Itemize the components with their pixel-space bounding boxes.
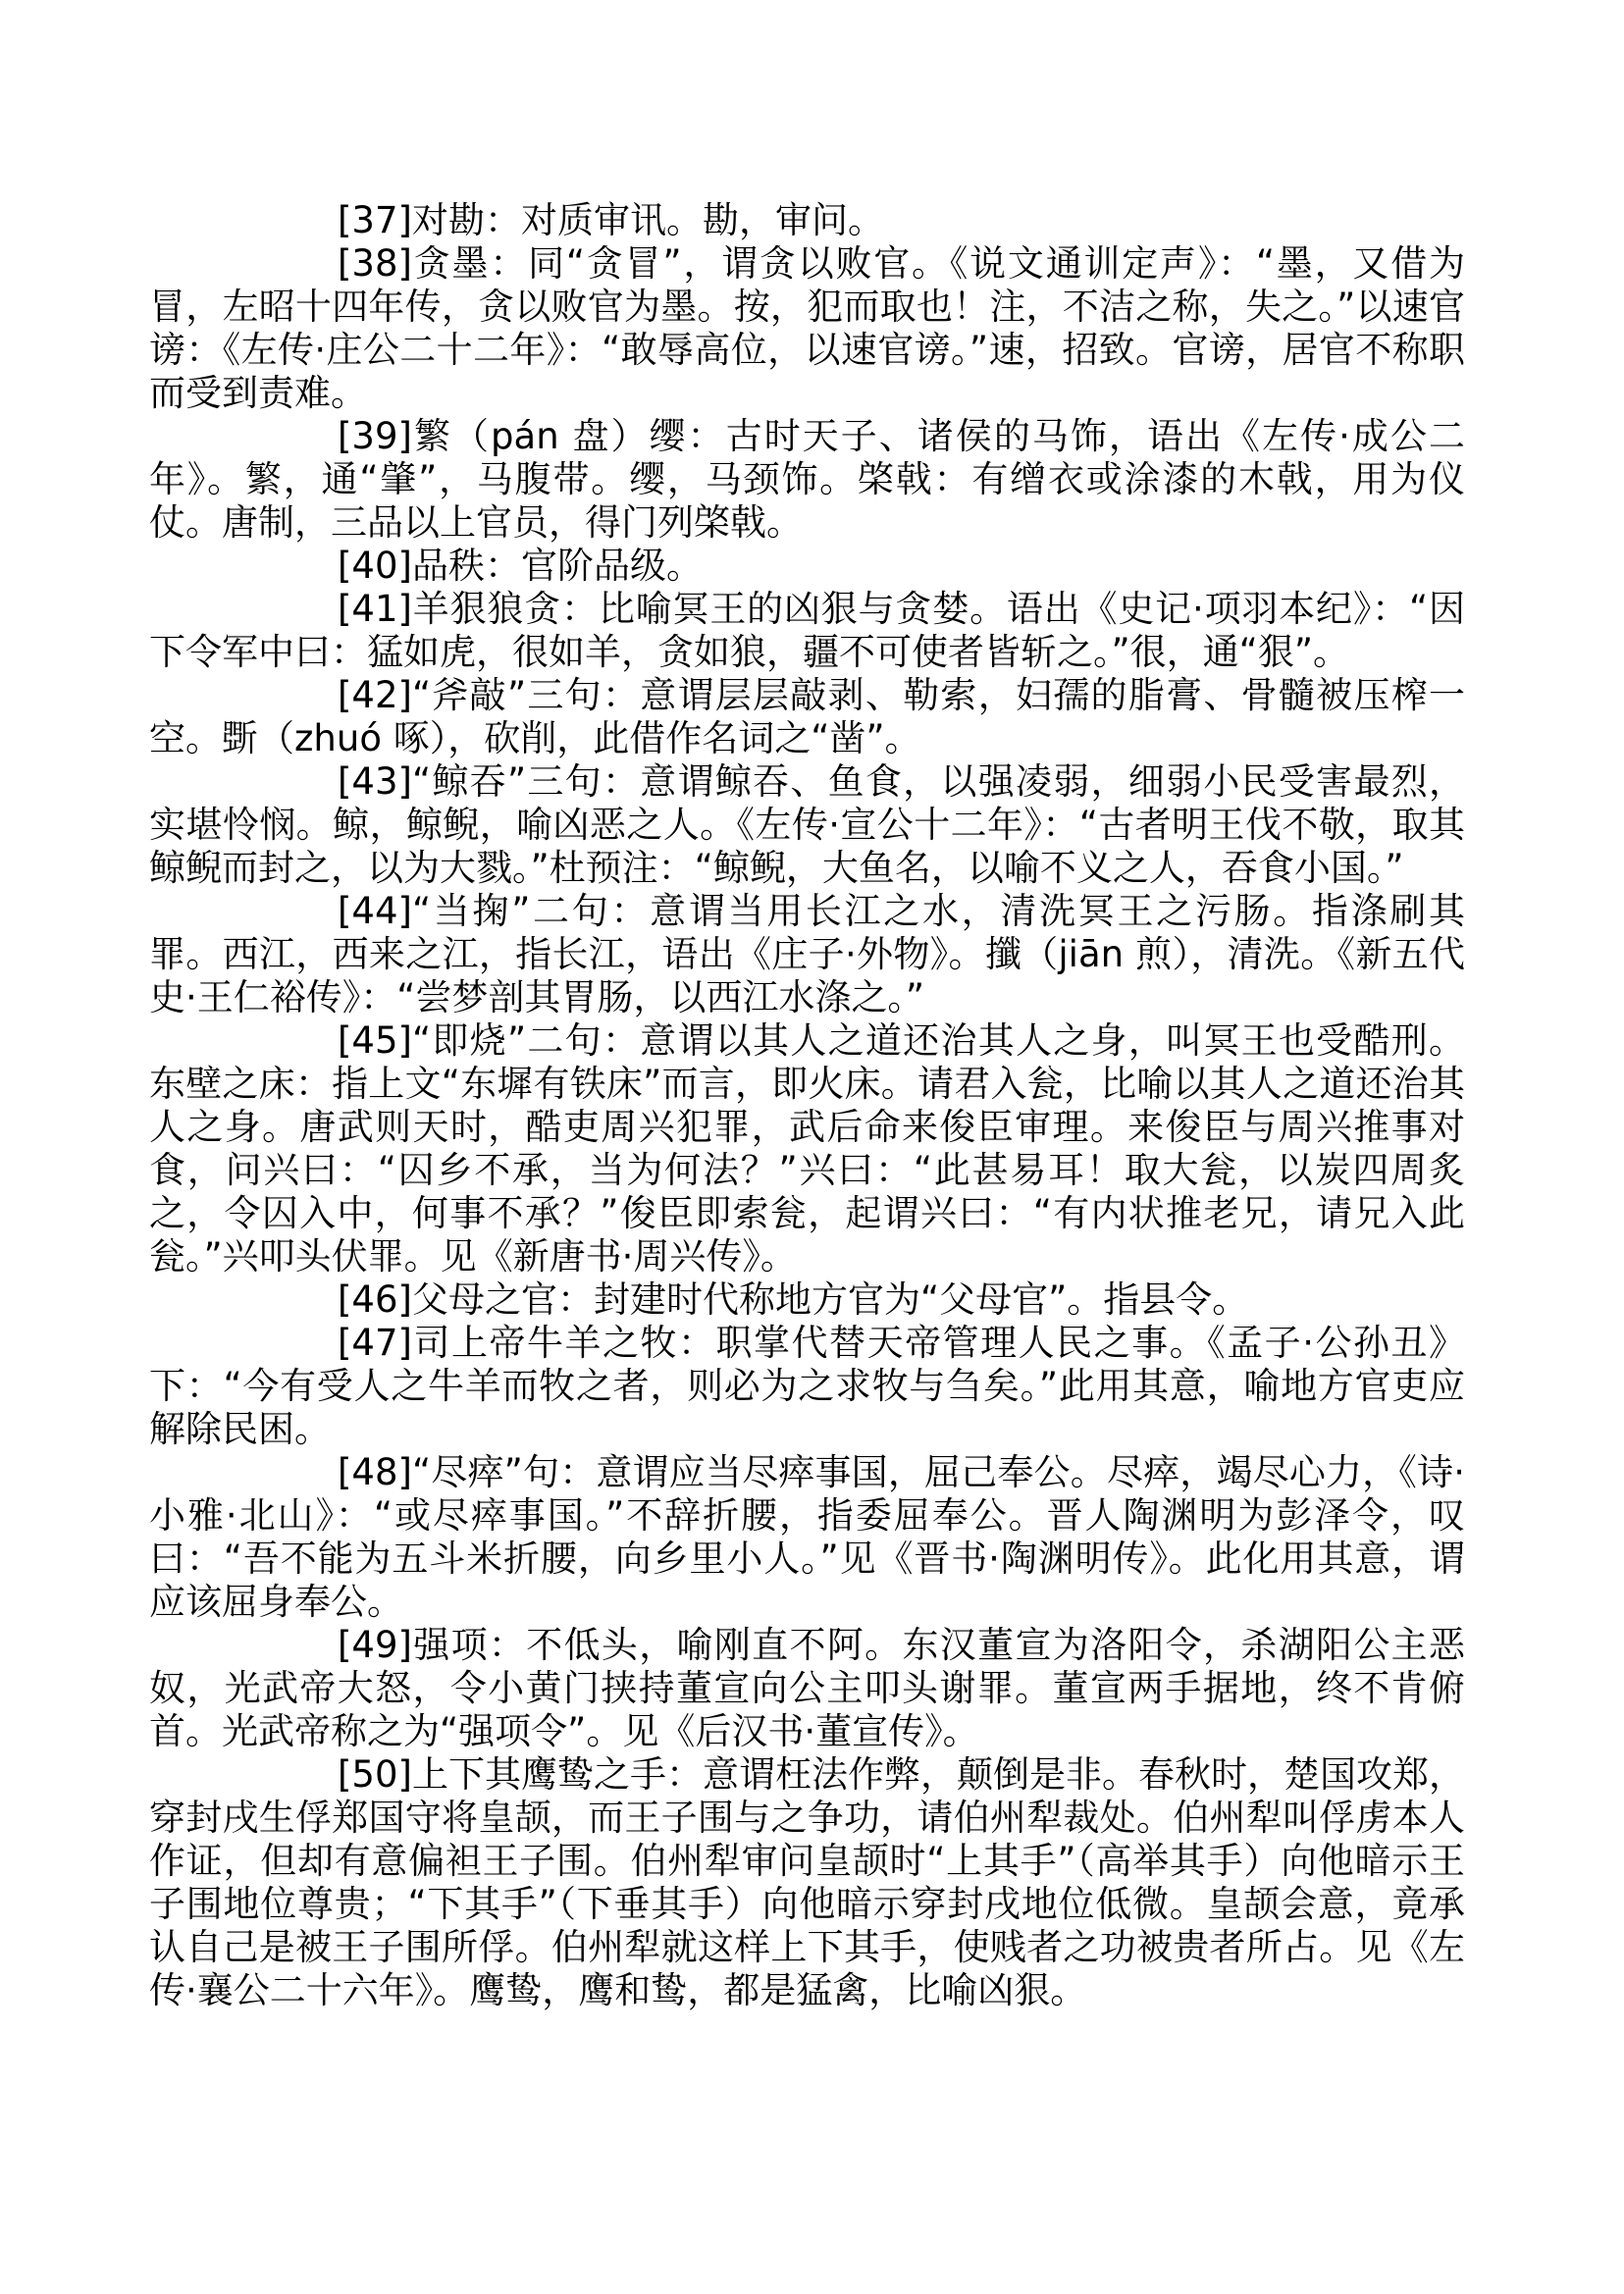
footnote-paragraph-48: [48]“尽瘁”句：意谓应当尽瘁事国，屈己奉公。尽瘁，竭尽心力，《诗·小雅·北山… bbox=[149, 1451, 1465, 1624]
footnote-paragraph-40: [40]品秩：官阶品级。 bbox=[149, 545, 1465, 588]
footnote-paragraph-45: [45]“即烧”二句：意谓以其人之道还治其人之身，叫冥王也受酷刑。东壁之床：指上… bbox=[149, 1019, 1465, 1278]
footnote-paragraph-47: [47]司上帝牛羊之牧：职掌代替天帝管理人民之事。《孟子·公孙丑》下：“今有受人… bbox=[149, 1322, 1465, 1451]
footnote-paragraph-42: [42]“斧敲”三句：意谓层层敲剥、勒索，妇孺的脂膏、骨髓被压榨一空。斲（zhu… bbox=[149, 674, 1465, 760]
footnote-paragraph-37: [37]对勘：对质审讯。勘，审问。 bbox=[149, 199, 1465, 242]
footnote-paragraph-44: [44]“当掬”二句：意谓当用长江之水，清洗冥王之污肠。指涤刷其罪。西江，西来之… bbox=[149, 890, 1465, 1019]
footnote-paragraph-46: [46]父母之官：封建时代称地方官为“父母官”。指县令。 bbox=[149, 1278, 1465, 1322]
footnote-paragraph-38: [38]贪墨：同“贪冒”，谓贪以败官。《说文通训定声》：“墨，又借为冒，左昭十四… bbox=[149, 242, 1465, 415]
footnote-paragraph-41: [41]羊狠狼贪：比喻冥王的凶狠与贪婪。语出《史记·项羽本纪》：“因下令军中曰：… bbox=[149, 588, 1465, 674]
document-page: [37]对勘：对质审讯。勘，审问。 [38]贪墨：同“贪冒”，谓贪以败官。《说文… bbox=[0, 0, 1624, 2294]
footnote-paragraph-49: [49]强项：不低头，喻刚直不阿。东汉董宣为洛阳令，杀湖阳公主恶奴，光武帝大怒，… bbox=[149, 1624, 1465, 1753]
footnote-paragraph-43: [43]“鲸吞”三句：意谓鲸吞、鱼食，以强凌弱，细弱小民受害最烈，实堪怜悯。鲸，… bbox=[149, 760, 1465, 890]
footnote-paragraph-39: [39]繁（pán 盘）缨：古时天子、诸侯的马饰，语出《左传·成公二年》。繁，通… bbox=[149, 415, 1465, 545]
footnote-paragraph-50: [50]上下其鹰鸷之手：意谓枉法作弊，颠倒是非。春秋时，楚国攻郑，穿封戌生俘郑国… bbox=[149, 1753, 1465, 2012]
